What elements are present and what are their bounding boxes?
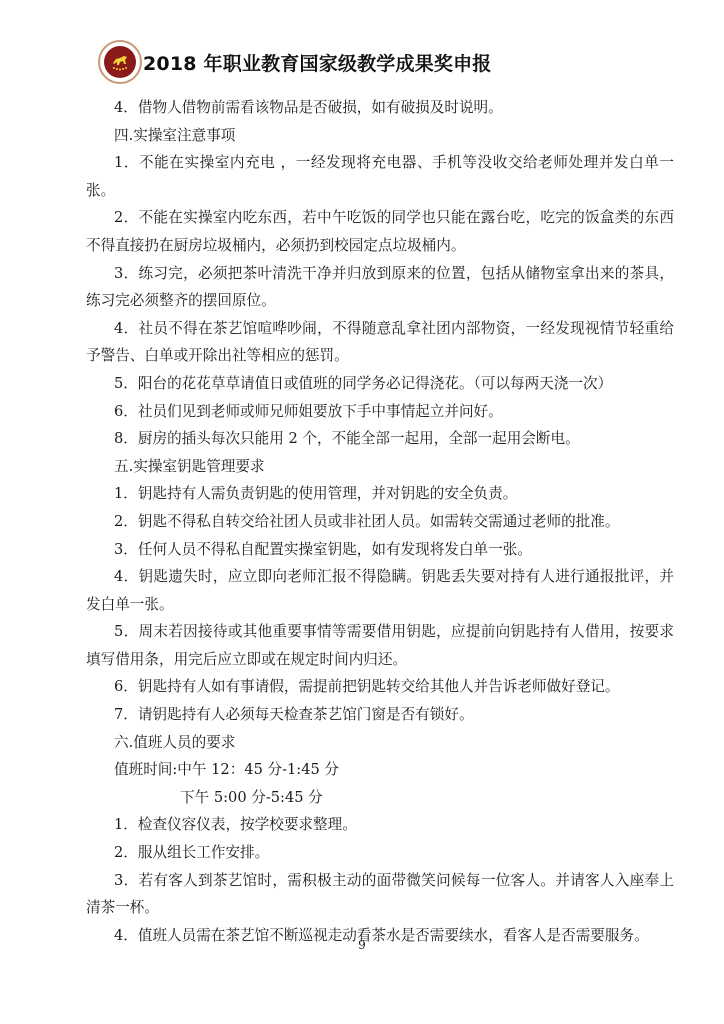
page-number: 9 [0,938,724,952]
paragraph: 7．请钥匙持有人必须每天检查茶艺馆门窗是否有锁好。 [86,701,674,729]
section-heading-4: 四.实操室注意事项 [86,122,674,150]
paragraph: 8．厨房的插头每次只能用 2 个，不能全部一起用，全部一起用会断电。 [86,425,674,453]
paragraph: 6．钥匙持有人如有事请假，需提前把钥匙转交给其他人并告诉老师做好登记。 [86,673,674,701]
paragraph: 1．检查仪容仪表，按学校要求整理。 [86,811,674,839]
duty-time-noon: 值班时间:中午 12：45 分-1:45 分 [86,756,674,784]
paragraph: 4．钥匙遗失时，应立即向老师汇报不得隐瞒。钥匙丢失要对持有人进行通报批评，并发白… [86,563,674,618]
page-header: 2018 年职业教育国家级教学成果奖申报 [98,38,492,86]
paragraph: 4．借物人借物前需看该物品是否破损，如有破损及时说明。 [86,94,674,122]
document-body: 4．借物人借物前需看该物品是否破损，如有破损及时说明。 四.实操室注意事项 1．… [86,94,674,949]
school-emblem-icon [98,40,142,84]
paragraph: 1．钥匙持有人需负责钥匙的使用管理，并对钥匙的安全负责。 [86,480,674,508]
paragraph: 3．任何人员不得私自配置实操室钥匙，如有发现将发白单一张。 [86,536,674,564]
paragraph: 1．不能在实操室内充电 ，一经发现将充电器、手机等没收交给老师处理并发白单一张。 [86,149,674,204]
duty-time-afternoon: 下午 5:00 分-5:45 分 [86,784,674,812]
paragraph: 3．练习完，必须把茶叶清洗干净并归放到原来的位置，包括从储物室拿出来的茶具，练习… [86,260,674,315]
section-heading-5: 五.实操室钥匙管理要求 [86,453,674,481]
paragraph: 4．社员不得在茶艺馆喧哗吵闹，不得随意乱拿社团内部物资，一经发现视情节轻重给予警… [86,315,674,370]
paragraph: 6．社员们见到老师或师兄师姐要放下手中事情起立并问好。 [86,398,674,426]
paragraph: 5．周末若因接待或其他重要事情等需要借用钥匙，应提前向钥匙持有人借用，按要求填写… [86,618,674,673]
section-heading-6: 六.值班人员的要求 [86,729,674,757]
document-header-title: 2018 年职业教育国家级教学成果奖申报 [143,49,492,76]
paragraph: 3．若有客人到茶艺馆时，需积极主动的面带微笑问候每一位客人。并请客人入座奉上清茶… [86,867,674,922]
paragraph: 2．钥匙不得私自转交给社团人员或非社团人员。如需转交需通过老师的批准。 [86,508,674,536]
paragraph: 2．不能在实操室内吃东西，若中午吃饭的同学也只能在露台吃，吃完的饭盒类的东西不得… [86,204,674,259]
paragraph: 2．服从组长工作安排。 [86,839,674,867]
paragraph: 5．阳台的花花草草请值日或值班的同学务必记得浇花。（可以每两天浇一次） [86,370,674,398]
